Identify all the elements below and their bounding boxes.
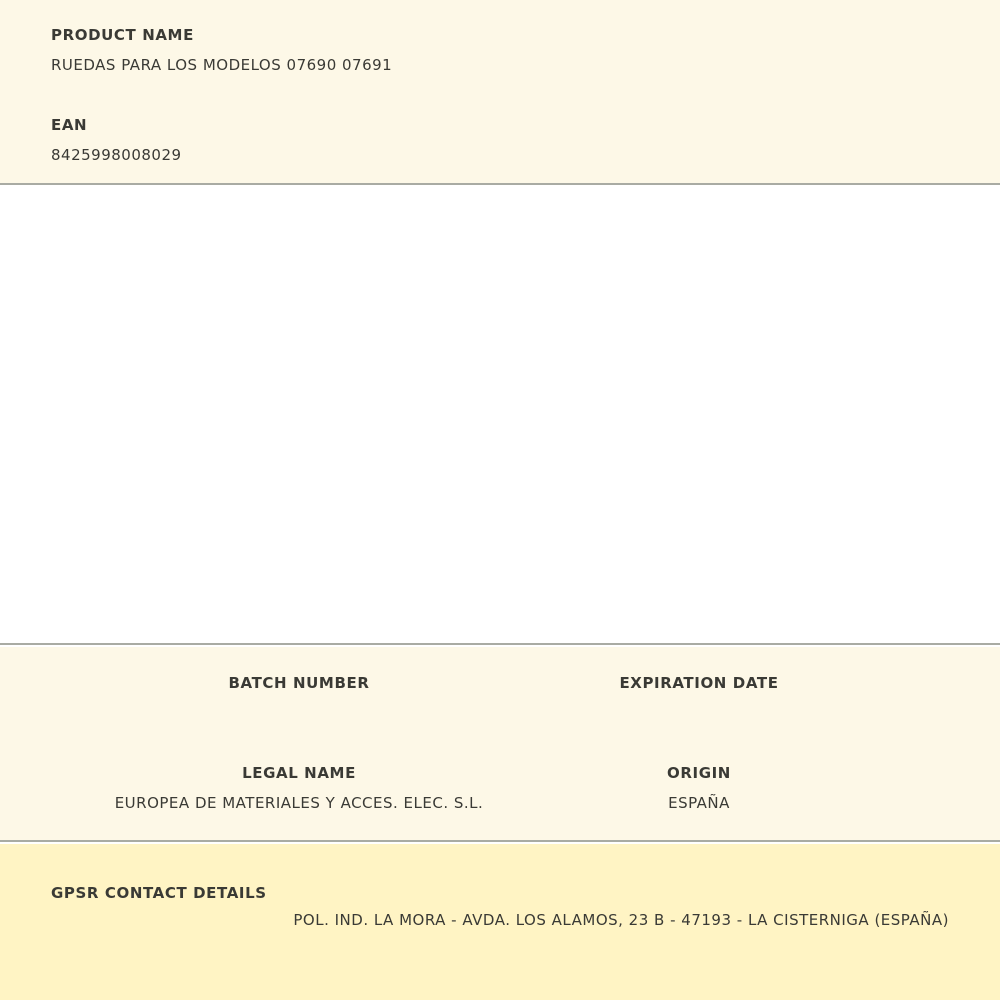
product-section: PRODUCT NAME RUEDAS PARA LOS MODELOS 076… [0,0,1000,185]
image-area [0,187,1000,645]
batch-number-label: BATCH NUMBER [229,674,370,692]
product-name-label: PRODUCT NAME [51,26,194,44]
info-section: BATCH NUMBER EXPIRATION DATE LEGAL NAME … [0,647,1000,842]
origin-value: ESPAÑA [668,794,730,812]
gpsr-section: GPSR CONTACT DETAILS POL. IND. LA MORA -… [0,844,1000,1000]
gpsr-contact-address: POL. IND. LA MORA - AVDA. LOS ALAMOS, 23… [293,911,949,929]
gpsr-contact-label: GPSR CONTACT DETAILS [51,884,267,902]
ean-label: EAN [51,116,87,134]
origin-label: ORIGIN [667,764,731,782]
expiration-date-label: EXPIRATION DATE [619,674,778,692]
product-name-value: RUEDAS PARA LOS MODELOS 07690 07691 [51,56,392,74]
legal-name-label: LEGAL NAME [242,764,356,782]
legal-name-value: EUROPEA DE MATERIALES Y ACCES. ELEC. S.L… [115,794,484,812]
ean-value: 8425998008029 [51,146,182,164]
